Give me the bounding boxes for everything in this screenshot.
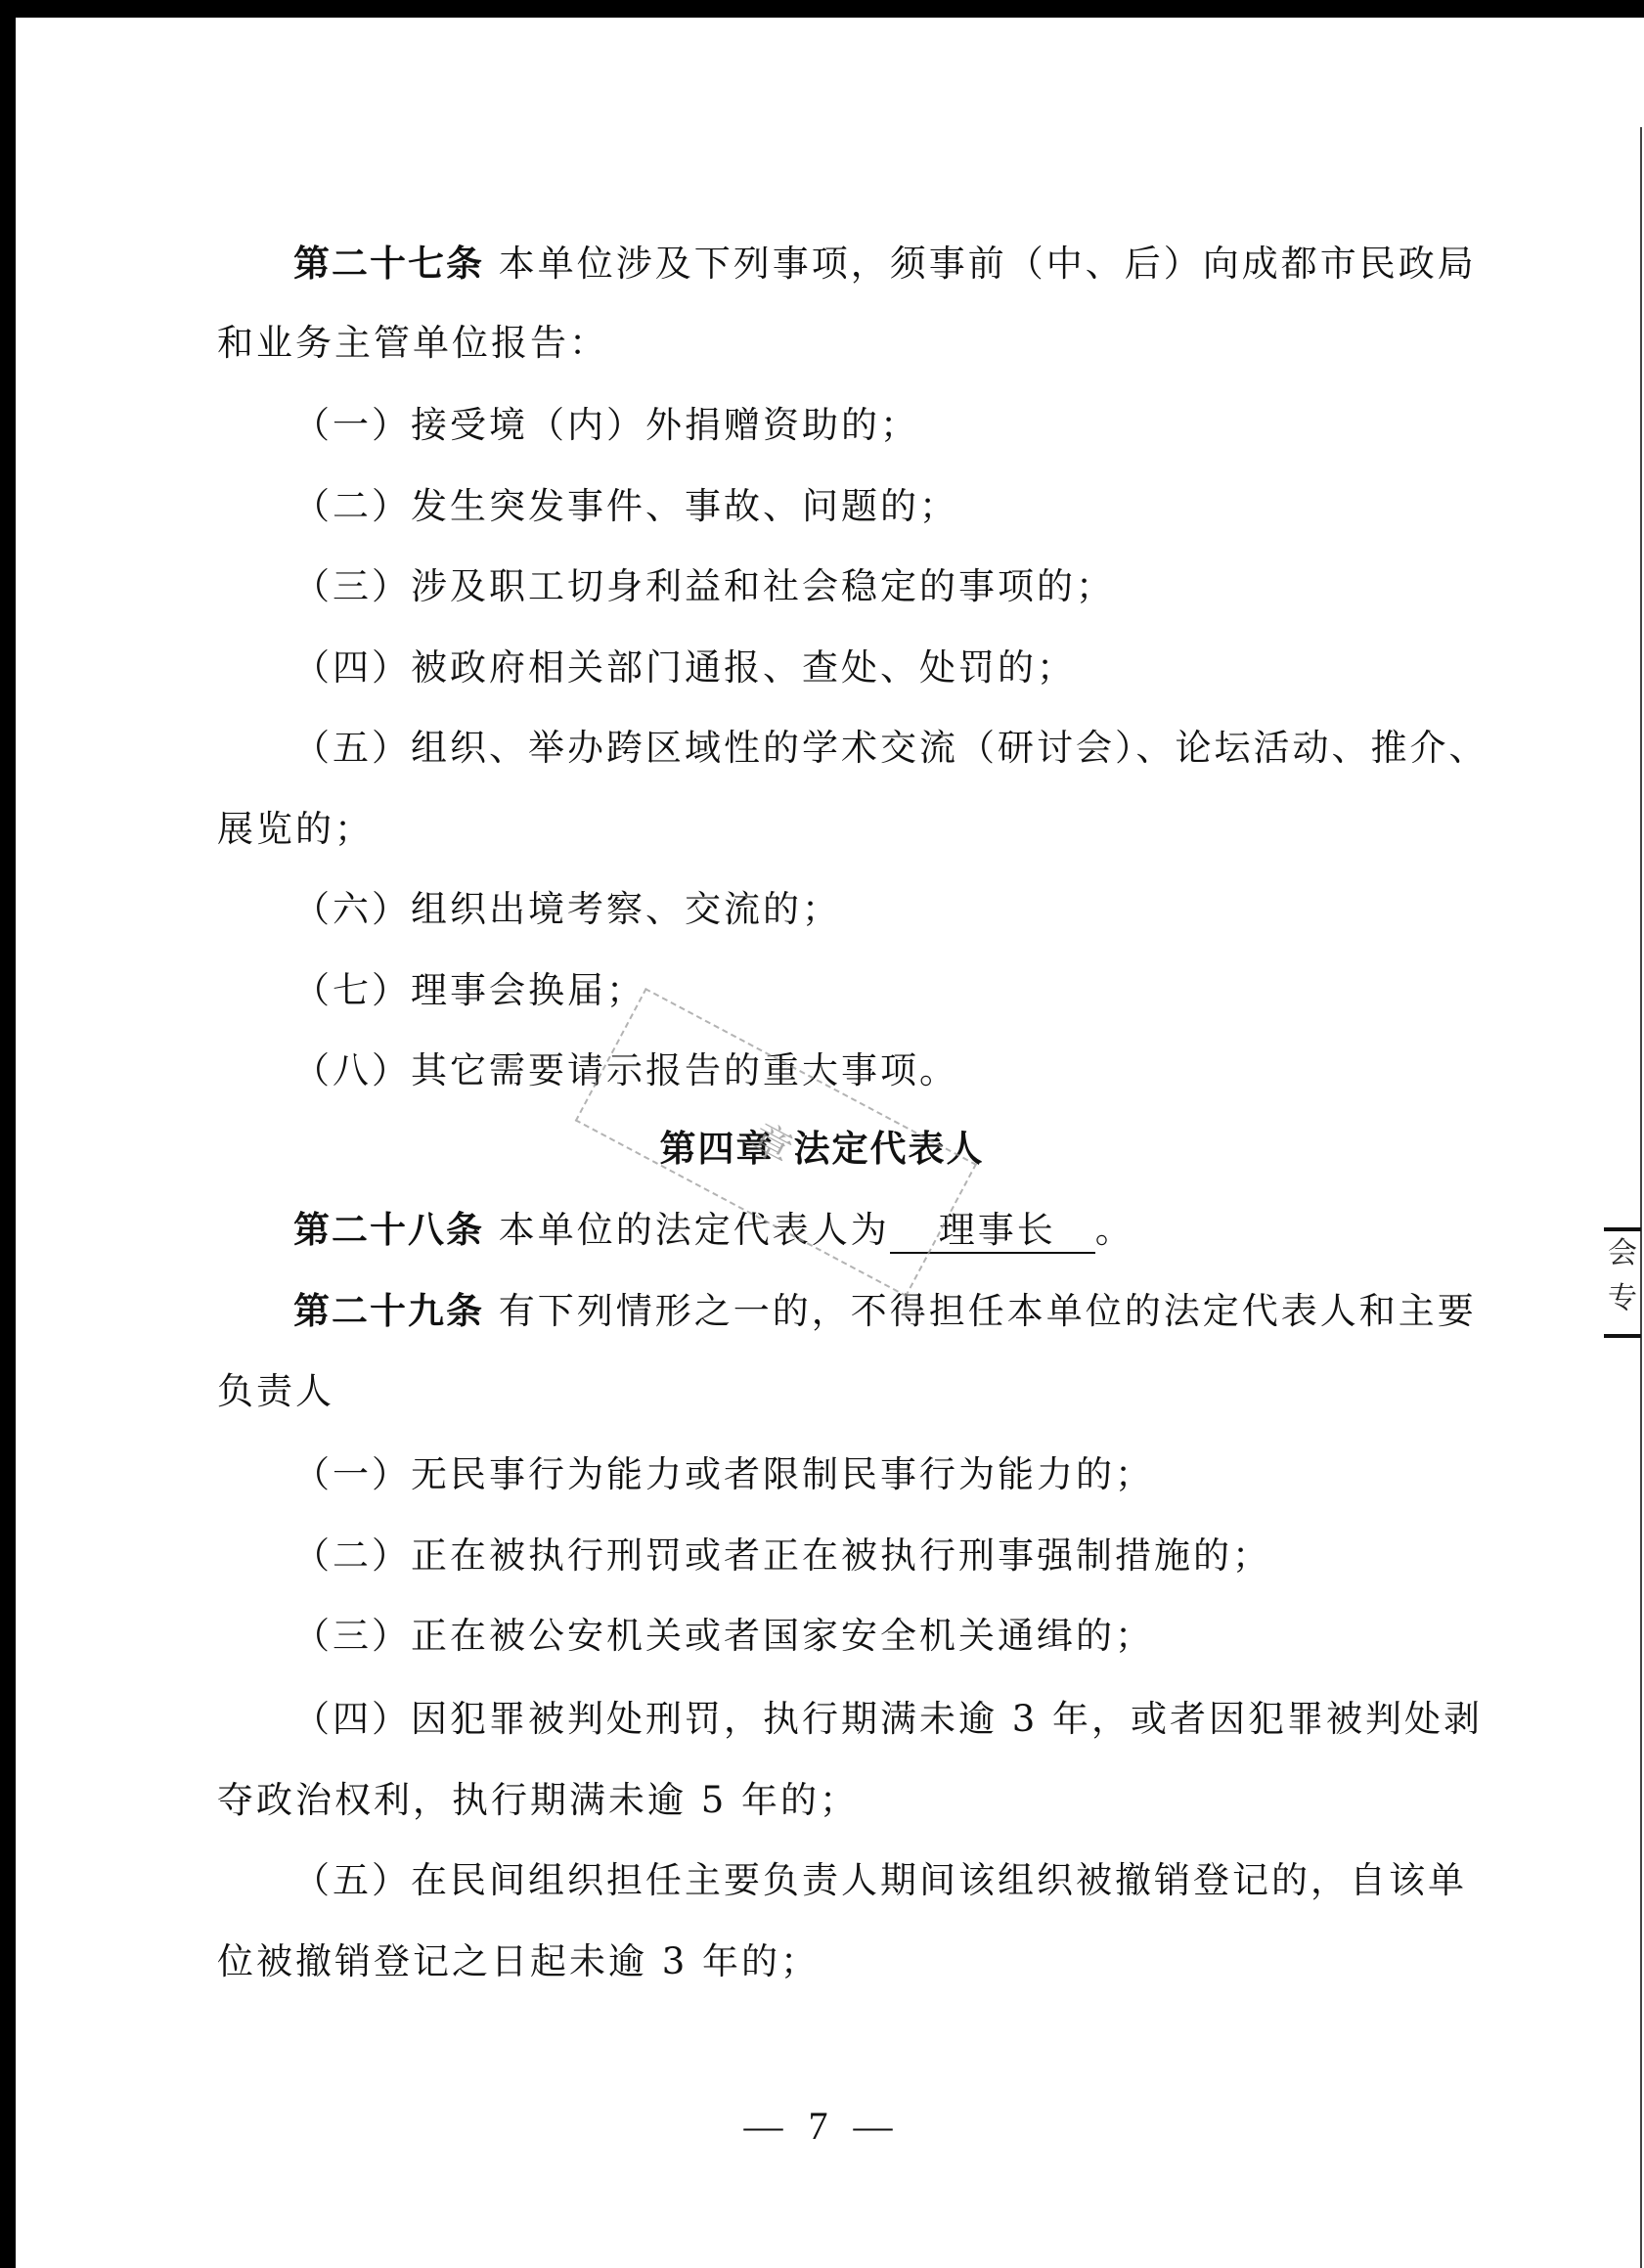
list-item: （四）被政府相关部门通报、查处、处罚的； [293, 644, 1535, 692]
article-29-paragraph: 第二十九条 有下列情形之一的，不得担任本单位的法定代表人和主要 [293, 1287, 1535, 1336]
page-number: — 7 — [0, 2103, 1644, 2149]
list-item: （三）涉及职工切身利益和社会稳定的事项的； [293, 562, 1535, 611]
seal-stamp-text: 章 [743, 1107, 809, 1178]
list-item-cont: 位被撤销登记之日起未逾 3 年的； [217, 1937, 1459, 1986]
list-item: （八）其它需要请示报告的重大事项。 [293, 1046, 1535, 1095]
article-27-intro: 本单位涉及下列事项，须事前（中、后）向成都市民政局 [499, 243, 1477, 285]
article-27-paragraph: 第二十七条 本单位涉及下列事项，须事前（中、后）向成都市民政局 [293, 240, 1535, 289]
article-29-title: 第二十九条 [293, 1290, 484, 1332]
list-item: （一）接受境（内）外捐赠资助的； [293, 401, 1535, 450]
edge-seal: 会专 [1604, 1227, 1641, 1338]
list-item: （一）无民事行为能力或者限制民事行为能力的； [293, 1450, 1535, 1499]
article-29-intro: 有下列情形之一的，不得担任本单位的法定代表人和主要 [499, 1290, 1477, 1332]
list-item-cont: 展览的； [217, 805, 1459, 854]
list-item: （二）正在被执行刑罚或者正在被执行刑事强制措施的； [293, 1532, 1535, 1580]
list-item: （五）在民间组织担任主要负责人期间该组织被撤销登记的，自该单 [293, 1856, 1535, 1905]
article-28-end: 。 [1095, 1209, 1134, 1251]
list-item: （二）发生突发事件、事故、问题的； [293, 482, 1535, 531]
article-29-intro-cont: 负责人 [217, 1367, 1459, 1416]
list-item: （六）组织出境考察、交流的； [293, 885, 1535, 934]
list-item: （七）理事会换届； [293, 966, 1535, 1015]
article-27-intro-cont: 和业务主管单位报告： [217, 319, 1459, 368]
list-item: （四）因犯罪被判处刑罚，执行期满未逾 3 年，或者因犯罪被判处剥 [293, 1695, 1535, 1744]
document-page: 第二十七条 本单位涉及下列事项，须事前（中、后）向成都市民政局 和业务主管单位报… [0, 0, 1644, 2268]
list-item-cont: 夺政治权利，执行期满未逾 5 年的； [217, 1776, 1459, 1825]
list-item: （三）正在被公安机关或者国家安全机关通缉的； [293, 1612, 1535, 1661]
article-27-title: 第二十七条 [293, 243, 484, 285]
article-28-title: 第二十八条 [293, 1209, 484, 1251]
list-item: （五）组织、举办跨区域性的学术交流（研讨会）、论坛活动、推介、 [293, 724, 1535, 773]
